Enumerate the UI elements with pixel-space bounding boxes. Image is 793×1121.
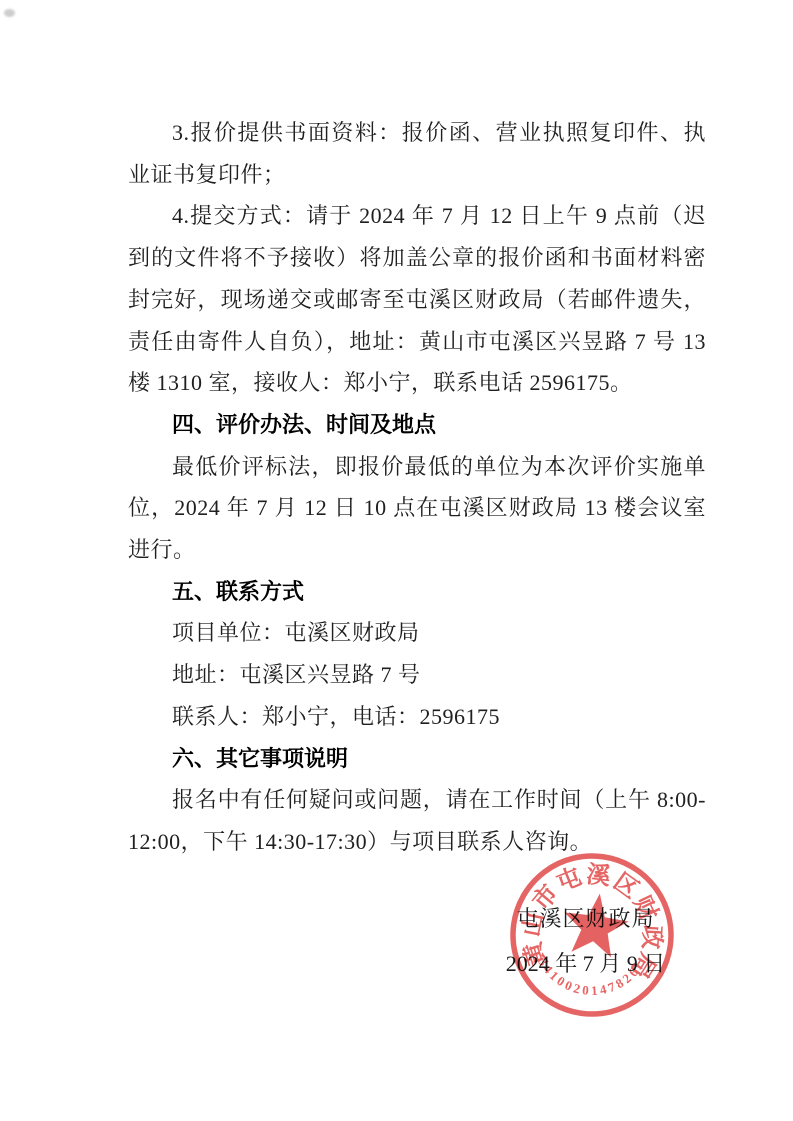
paragraph-written-materials: 3.报价提供书面资料：报价函、营业执照复印件、执业证书复印件； (128, 112, 706, 195)
document-page: 3.报价提供书面资料：报价函、营业执照复印件、执业证书复印件； 4.提交方式：请… (0, 0, 793, 1121)
signature-date: 2024 年 7 月 9 日 (468, 941, 703, 986)
signature-organization: 屯溪区财政局 (468, 896, 703, 941)
paragraph-address: 地址：屯溪区兴昱路 7 号 (128, 654, 706, 696)
section-heading-evaluation: 四、评价办法、时间及地点 (128, 404, 706, 446)
section-heading-contact: 五、联系方式 (128, 571, 706, 613)
document-body: 3.报价提供书面资料：报价函、营业执照复印件、执业证书复印件； 4.提交方式：请… (128, 112, 706, 863)
paragraph-evaluation-method: 最低价评标法，即报价最低的单位为本次评价实施单位，2024 年 7 月 12 日… (128, 446, 706, 571)
section-heading-other-notes: 六、其它事项说明 (128, 738, 706, 780)
paragraph-submission-method: 4.提交方式：请于 2024 年 7 月 12 日上午 9 点前（迟到的文件将不… (128, 195, 706, 404)
paragraph-project-unit: 项目单位：屯溪区财政局 (128, 612, 706, 654)
scan-artifact (4, 9, 15, 17)
paragraph-inquiry-hours: 报名中有任何疑问或问题，请在工作时间（上午 8:00-12:00，下午 14:3… (128, 779, 706, 862)
paragraph-contact-person: 联系人：郑小宁，电话：2596175 (128, 696, 706, 738)
signature-block: 屯溪区财政局 2024 年 7 月 9 日 (468, 896, 703, 986)
